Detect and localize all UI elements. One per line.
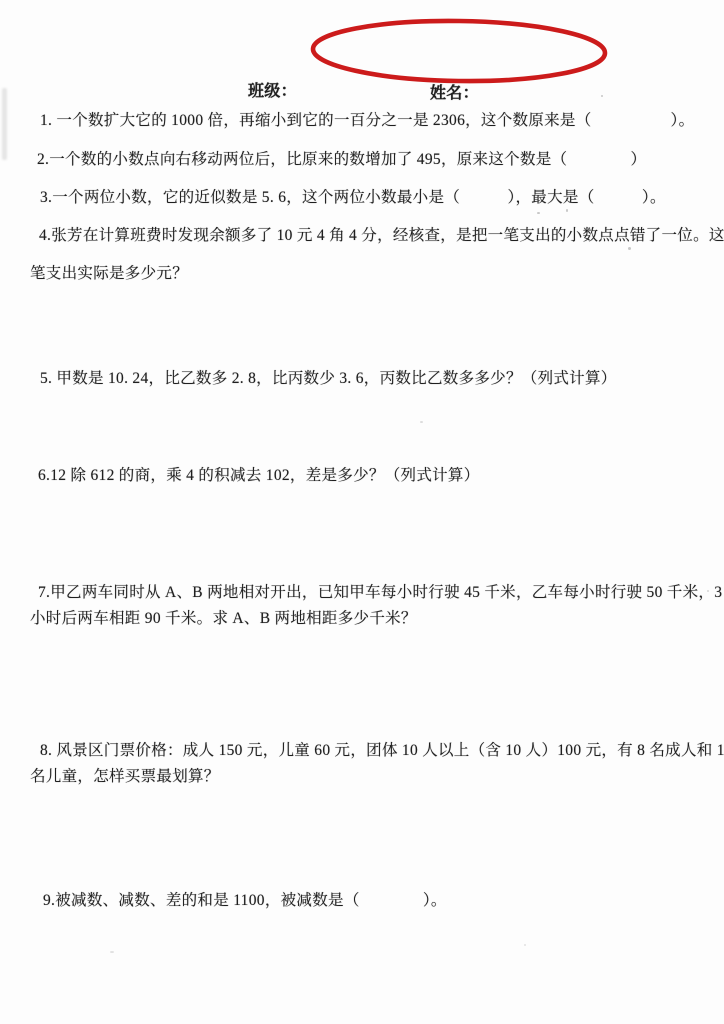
red-ellipse-annotation xyxy=(303,10,617,94)
class-label: 班级： xyxy=(248,82,297,102)
question-9: 9.被减数、减数、差的和是 1100，被减数是（ ）。 xyxy=(43,891,447,911)
question-6: 6.12 除 612 的商，乘 4 的积减去 102，差是多少？（列式计算） xyxy=(38,466,480,486)
question-1: 1. 一个数扩大它的 1000 倍，再缩小到它的一百分之一是 2306，这个数原… xyxy=(40,111,694,131)
scan-speck xyxy=(420,421,423,423)
question-8-line-2: 名儿童，怎样买票最划算？ xyxy=(30,767,220,787)
question-4-line-1: 4.张芳在计算班费时发现余额多了 10 元 4 角 4 分，经核查，是把一笔支出… xyxy=(39,226,724,246)
question-2: 2.一个数的小数点向右移动两位后，比原来的数增加了 495，原来这个数是（ ） xyxy=(37,150,646,170)
question-7-line-2: 小时后两车相距 90 千米。求 A、B 两地相距多少千米？ xyxy=(30,609,417,629)
red-ellipse-icon xyxy=(303,10,617,94)
question-7-line-1: 7.甲乙两车同时从 A、B 两地相对开出，已知甲车每小时行驶 45 千米，乙车每… xyxy=(38,583,722,603)
question-3: 3.一个两位小数，它的近似数是 5. 6，这个两位小数最小是（ ），最大是（ ）… xyxy=(40,188,666,208)
scan-speck xyxy=(110,951,114,953)
scan-speck xyxy=(537,212,540,214)
question-8-line-1: 8. 风景区门票价格：成人 150 元，儿童 60 元，团体 10 人以上（含 … xyxy=(40,741,724,761)
scan-speck xyxy=(628,247,631,250)
question-4-line-2: 笔支出实际是多少元？ xyxy=(30,264,188,284)
name-label: 姓名： xyxy=(430,84,479,104)
worksheet-page: 班级： 姓名： 1. 一个数扩大它的 1000 倍，再缩小到它的一百分之一是 2… xyxy=(0,0,724,1024)
scan-speck xyxy=(524,944,526,946)
scan-speck xyxy=(601,95,603,97)
scan-speck xyxy=(566,209,568,212)
scan-artifact xyxy=(2,88,7,160)
question-5: 5. 甲数是 10. 24，比乙数多 2. 8，比丙数少 3. 6，丙数比乙数多… xyxy=(40,369,617,389)
